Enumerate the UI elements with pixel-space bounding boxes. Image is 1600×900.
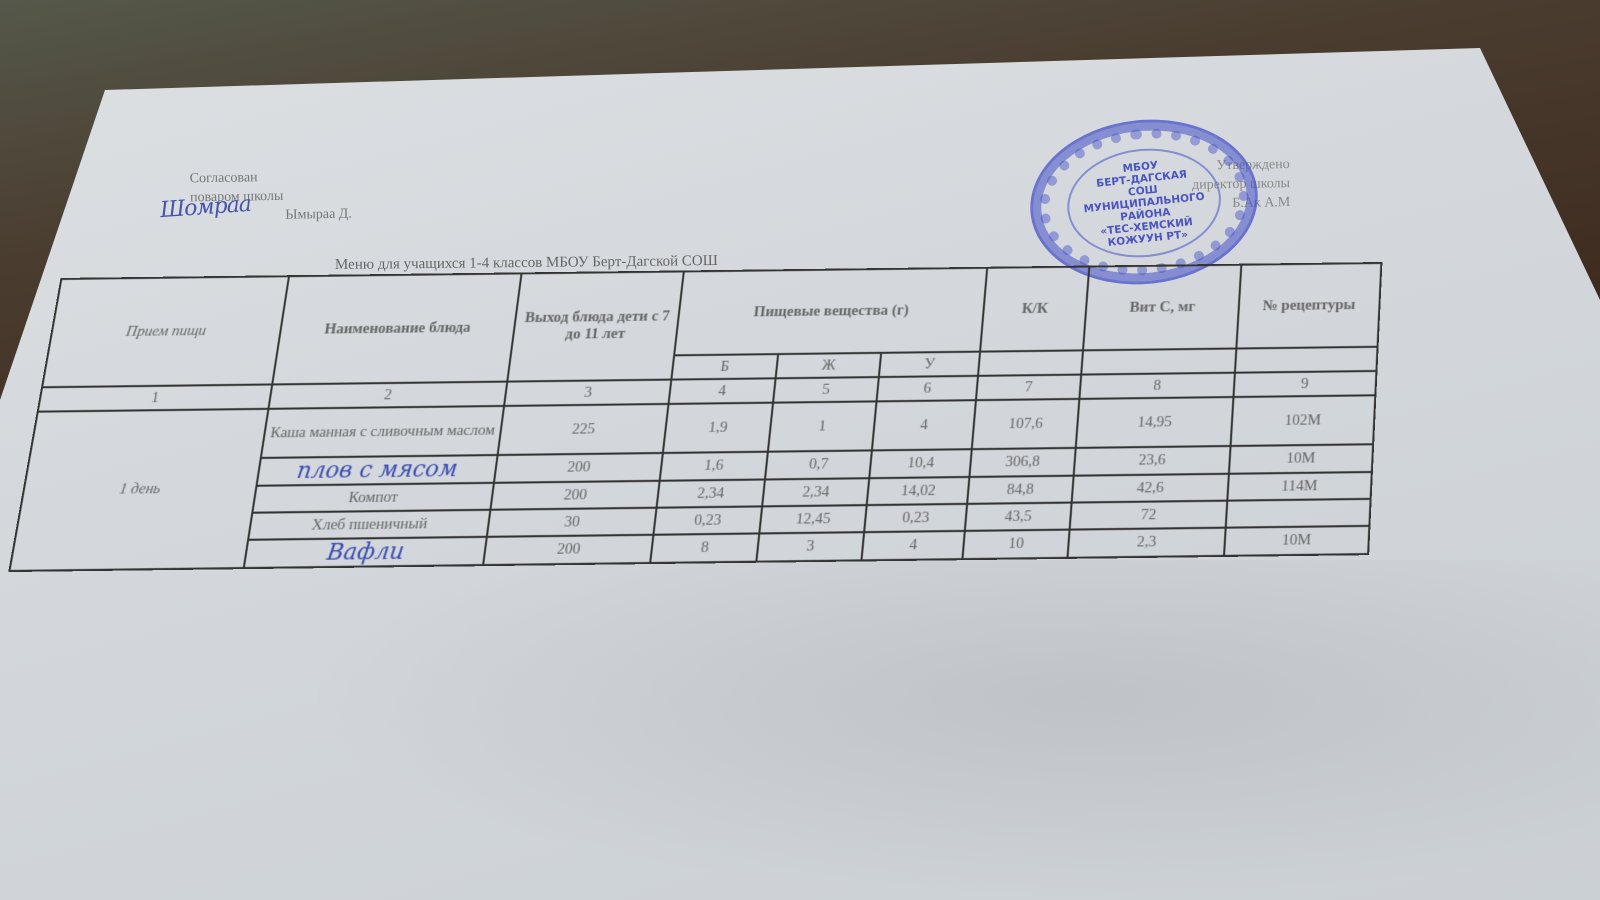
- kcal-cell: 306,8: [969, 448, 1076, 477]
- header-yield: Выход блюда дети с 7 до 11 лет: [507, 271, 684, 381]
- column-number-cell: 9: [1233, 371, 1376, 397]
- dish-cell: плов с мясом: [256, 455, 497, 486]
- carbs-cell: 4: [862, 531, 965, 560]
- recipe-cell: 10М: [1228, 444, 1373, 474]
- protein-cell: 1,9: [663, 403, 773, 453]
- vitc-cell: 42,6: [1072, 474, 1228, 503]
- recipe-cell: 102М: [1230, 395, 1375, 446]
- vitc-cell: 14,95: [1076, 397, 1233, 448]
- column-number-cell: 4: [669, 378, 776, 404]
- dish-cell: Вафли: [244, 537, 487, 568]
- header-nutrients: Пищевые вещества (г): [674, 268, 987, 356]
- header-dish: Наименование блюда: [272, 273, 522, 384]
- column-number-cell: 7: [976, 375, 1082, 401]
- header-vitc: Вит С, мг: [1083, 265, 1241, 351]
- fat-cell: 12,45: [759, 505, 867, 533]
- recipe-cell: 10М: [1224, 526, 1370, 556]
- dish-cell: Каша манная с сливочным маслом: [261, 406, 505, 458]
- carbs-cell: 14,02: [867, 477, 969, 505]
- header-fat: Ж: [775, 353, 881, 378]
- recipe-cell: 114М: [1227, 472, 1372, 501]
- fat-cell: 2,34: [762, 478, 870, 506]
- column-number-cell: 8: [1080, 373, 1235, 399]
- protein-cell: 0,23: [654, 506, 762, 534]
- fat-cell: 3: [756, 532, 864, 562]
- kcal-cell: 107,6: [971, 399, 1079, 449]
- vitc-cell: 2,3: [1068, 528, 1225, 558]
- header-protein: Б: [672, 354, 778, 379]
- kcal-cell: 84,8: [967, 476, 1074, 504]
- vitc-cell: 23,6: [1074, 446, 1230, 476]
- yield-cell: 30: [487, 508, 657, 537]
- yield-cell: 200: [491, 481, 660, 510]
- protein-cell: 8: [650, 533, 759, 563]
- carbs-cell: 4: [872, 400, 975, 450]
- column-number-cell: 5: [773, 377, 879, 403]
- column-number-cell: 1: [38, 384, 272, 411]
- column-number-cell: 6: [877, 376, 978, 402]
- header-meal: Прием пищи: [42, 276, 289, 387]
- column-number-cell: 3: [504, 380, 671, 406]
- yield-cell: 200: [483, 535, 653, 565]
- dish-cell: Хлеб пшеничный: [248, 510, 491, 540]
- fat-cell: 1: [768, 401, 877, 451]
- menu-table: Прием пищи Наименование блюда Выход блюд…: [8, 262, 1382, 572]
- header-kcal: К/К: [980, 267, 1090, 352]
- fat-cell: 0,7: [765, 450, 873, 479]
- header-empty: [1234, 347, 1377, 373]
- kcal-cell: 10: [962, 530, 1070, 560]
- vitc-cell: 72: [1070, 501, 1227, 530]
- protein-cell: 1,6: [660, 452, 768, 481]
- day-cell: 1 день: [9, 409, 268, 571]
- header-empty: [978, 350, 1084, 375]
- header-carbs: У: [879, 352, 979, 377]
- recipe-cell: [1225, 499, 1370, 528]
- yield-cell: 200: [494, 453, 663, 483]
- carbs-cell: 0,23: [865, 504, 967, 532]
- protein-cell: 2,34: [657, 479, 765, 507]
- header-recipe: № рецептуры: [1236, 263, 1382, 348]
- header-empty: [1081, 349, 1235, 375]
- yield-cell: 225: [498, 404, 669, 455]
- kcal-cell: 43,5: [964, 503, 1071, 531]
- column-number-cell: 2: [268, 382, 507, 409]
- menu-table-wrapper: Прием пищи Наименование блюда Выход блюд…: [8, 262, 1382, 572]
- carbs-cell: 10,4: [870, 449, 972, 478]
- dish-cell: Компот: [252, 483, 494, 513]
